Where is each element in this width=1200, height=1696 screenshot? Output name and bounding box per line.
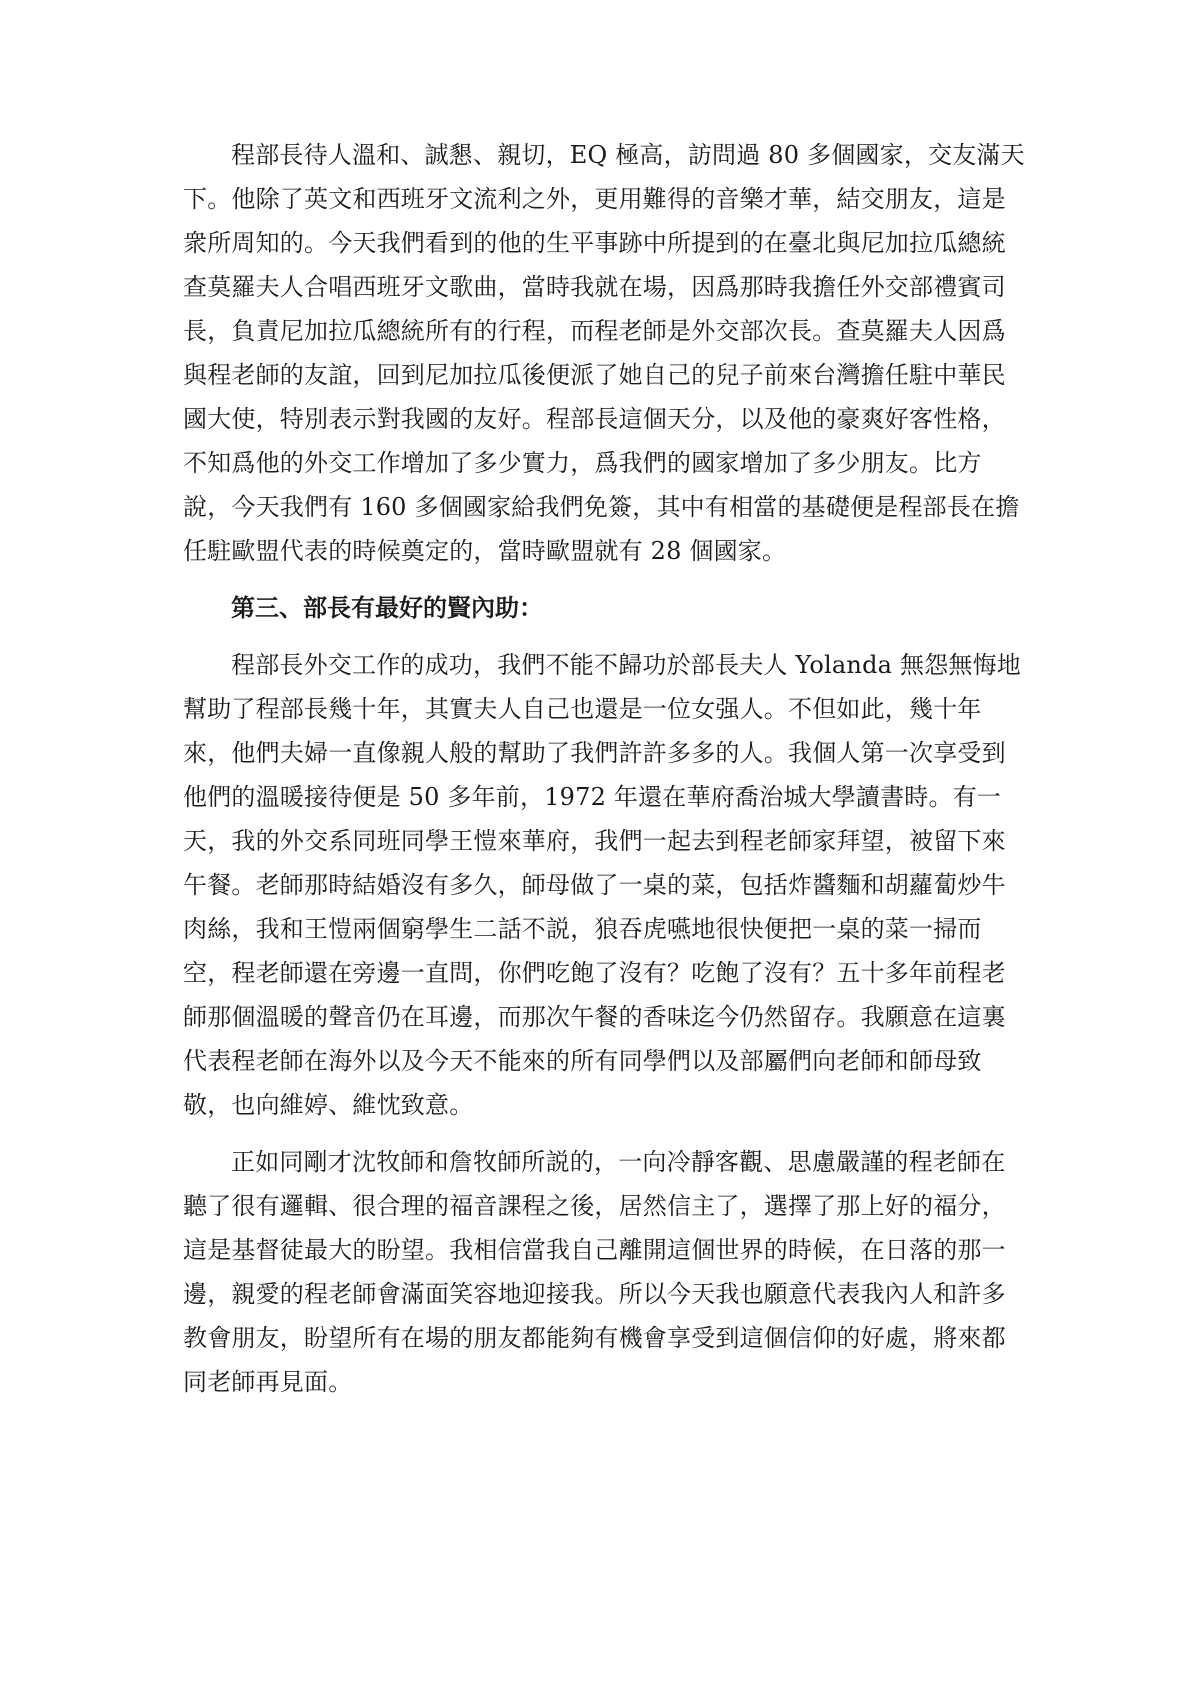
text-line: 邊，親愛的程老師會滿面笑容地迎接我。所以今天我也願意代表我內人和許多 [183, 1272, 1013, 1316]
text-line: 幫助了程部長幾十年，其實夫人自己也還是一位女强人。不但如此，幾十年 [183, 687, 1013, 731]
text-line: 來，他們夫婦一直像親人般的幫助了我們許許多多的人。我個人第一次享受到 [183, 731, 1013, 775]
text-line: 長，負責尼加拉瓜總統所有的行程，而程老師是外交部次長。查莫羅夫人因爲 [183, 309, 1013, 353]
text-line: 下。他除了英文和西班牙文流利之外，更用難得的音樂才華，結交朋友，這是 [183, 177, 1013, 221]
text-line: 正如同剛才沈牧師和詹牧師所説的，一向冷靜客觀、思慮嚴謹的程老師在 [183, 1140, 1013, 1184]
section-heading: 第三、部長有最好的賢內助： [183, 586, 1013, 630]
text-line: 天，我的外交系同班同學王愷來華府，我們一起去到程老師家拜望，被留下來 [183, 819, 1013, 863]
text-line: 程部長外交工作的成功，我們不能不歸功於部長夫人 Yolanda 無怨無悔地 [183, 643, 1013, 687]
text-line: 衆所周知的。今天我們看到的他的生平事跡中所提到的在臺北與尼加拉瓜總統 [183, 221, 1013, 265]
text-line: 與程老師的友誼，回到尼加拉瓜後便派了她自己的兒子前來台灣擔任駐中華民 [183, 353, 1013, 397]
paragraph-spacing [183, 1127, 1013, 1140]
text-line: 不知爲他的外交工作增加了多少實力，爲我們的國家增加了多少朋友。比方 [183, 441, 1013, 485]
text-line: 午餐。老師那時結婚沒有多久，師母做了一桌的菜，包括炸醬麵和胡蘿蔔炒牛 [183, 863, 1013, 907]
text-line: 查莫羅夫人合唱西班牙文歌曲，當時我就在場，因爲那時我擔任外交部禮賓司 [183, 265, 1013, 309]
text-line: 聽了很有邏輯、很合理的福音課程之後，居然信主了，選擇了那上好的福分， [183, 1184, 1013, 1228]
text-line: 教會朋友，盼望所有在場的朋友都能夠有機會享受到這個信仰的好處，將來都 [183, 1316, 1013, 1360]
text-line: 空，程老師還在旁邊一直問，你們吃飽了沒有？吃飽了沒有？五十多年前程老 [183, 951, 1013, 995]
text-line: 敬，也向維婷、維忱致意。 [183, 1083, 1013, 1127]
text-line: 任駐歐盟代表的時候奠定的，當時歐盟就有 28 個國家。 [183, 529, 1013, 573]
text-line: 同老師再見面。 [183, 1360, 1013, 1404]
text-line: 他們的溫暖接待便是 50 多年前，1972 年還在華府喬治城大學讀書時。有一 [183, 775, 1013, 819]
text-line: 代表程老師在海外以及今天不能來的所有同學們以及部屬們向老師和師母致 [183, 1039, 1013, 1083]
text-line: 肉絲，我和王愷兩個窮學生二話不説，狼吞虎嚥地很快便把一桌的菜一掃而 [183, 907, 1013, 951]
paragraph-spacing [183, 573, 1013, 586]
text-line: 說，今天我們有 160 多個國家給我們免簽，其中有相當的基礎便是程部長在擔 [183, 485, 1013, 529]
text-line: 這是基督徒最大的盼望。我相信當我自己離開這個世界的時候，在日落的那一 [183, 1228, 1013, 1272]
paragraph-wife-support: 程部長外交工作的成功，我們不能不歸功於部長夫人 Yolanda 無怨無悔地 幫助… [183, 643, 1013, 1127]
paragraph-faith: 正如同剛才沈牧師和詹牧師所説的，一向冷靜客觀、思慮嚴謹的程老師在 聽了很有邏輯、… [183, 1140, 1013, 1404]
paragraph-spacing [183, 630, 1013, 643]
text-line: 國大使，特別表示對我國的友好。程部長這個天分，以及他的豪爽好客性格， [183, 397, 1013, 441]
text-line: 師那個溫暖的聲音仍在耳邊，而那次午餐的香味迄今仍然留存。我願意在這裏 [183, 995, 1013, 1039]
paragraph-diplomacy-talent: 程部長待人溫和、誠懇、親切，EQ 極高，訪問過 80 多個國家，交友滿天 下。他… [183, 133, 1013, 573]
document-page: 程部長待人溫和、誠懇、親切，EQ 極高，訪問過 80 多個國家，交友滿天 下。他… [183, 133, 1013, 1404]
text-line: 程部長待人溫和、誠懇、親切，EQ 極高，訪問過 80 多個國家，交友滿天 [183, 133, 1013, 177]
